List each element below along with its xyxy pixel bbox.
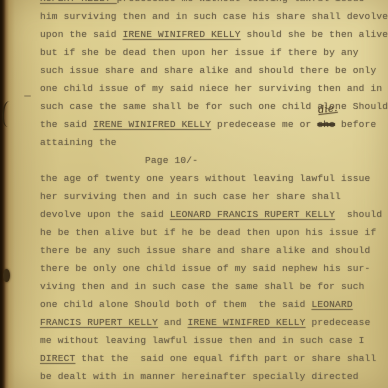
text-line: upon the said IRENE WINIFRED KELLY shoul… [40,26,384,44]
typed-text: there be only one child issue of my said… [40,263,370,274]
text-line: him surviving then and in such case his … [40,8,384,26]
text-line: but if she be dead then upon her issue i… [40,44,384,62]
typed-text: the said [40,119,93,130]
typed-text: her surviving then and in such case her … [40,191,341,202]
typed-name: DIRECT [40,353,75,364]
typed-text: me without leaving lawful issue then and… [40,335,365,346]
typed-text: she [317,119,335,130]
text-line: there be any such issue share and share … [40,242,384,260]
typed-text: him surviving then and in such case his … [40,11,388,22]
typed-name: IRENE WINIFRED KELLY [123,29,241,40]
document-text: RUPERT KELLY predecease me without leavi… [40,0,384,386]
typed-text: he be then alive but if he be dead then … [40,227,376,238]
text-line: be dealt with in manner hereinafter spec… [40,368,384,386]
text-line: one child issue of my said niece her sur… [40,80,384,98]
binding-edge [0,0,15,388]
typed-text: one child alone Should both of them the … [40,299,311,310]
typed-text: there be any such issue share and share … [40,245,370,256]
text-line: Page 10/- [40,152,384,170]
document-page: RUPERT KELLY predecease me without leavi… [0,0,388,388]
typed-text: viving then and in such case the same sh… [40,281,365,292]
typed-text: that the said one equal fifth part or sh… [75,353,376,364]
text-line: there be only one child issue of my said… [40,260,384,278]
text-line: DIRECT that the said one equal fifth par… [40,350,384,368]
typed-text: one child issue of my said niece her sur… [40,83,382,94]
ink-smudge [24,95,31,97]
typed-name: LEONARD FRANCIS RUPERT KELLY [170,209,335,220]
text-line: RUPERT KELLY predecease me without leavi… [40,0,384,8]
text-line: attaining the [40,134,384,152]
typed-text: devolve upon the said [40,209,170,220]
typed-text: predecease me or [211,119,317,130]
text-line: the age of twenty one years without leav… [40,170,384,188]
struck-out-word: shedie. [317,116,335,134]
typed-text: and [158,317,188,328]
typed-name: RUPERT KELLY [40,0,117,4]
typed-text: should she be then alive [241,29,388,40]
typed-name: IRENE WINIFRED KELLY [93,119,211,130]
text-line: viving then and in such case the same sh… [40,278,384,296]
typed-text: such issue share and share alike and sho… [40,65,376,76]
typed-name: FRANCIS RUPERT KELLY [40,317,158,328]
text-line: he be then alive but if he be dead then … [40,224,384,242]
text-line: the said IRENE WINIFRED KELLY predecease… [40,116,384,134]
edge-hole [3,269,10,282]
typed-name: IRENE WINIFRED KELLY [188,317,306,328]
text-line: devolve upon the said LEONARD FRANCIS RU… [40,206,384,224]
typed-text: predecease me without leaving lawful iss… [117,0,365,4]
text-line: her surviving then and in such case her … [40,188,384,206]
typed-text: but if she be dead then upon her issue i… [40,47,359,58]
typed-name: LEONARD [311,299,352,310]
pen-mark [1,101,14,128]
typed-text: Page 10/- [145,155,198,166]
text-line: such issue share and share alike and sho… [40,62,384,80]
typed-text: predecease [306,317,371,328]
typed-text: before [335,119,376,130]
text-line: one child alone Should both of them the … [40,296,384,314]
typed-text: the age of twenty one years without leav… [40,173,370,184]
typed-text: be dealt with in manner hereinafter spec… [40,371,359,382]
typed-text: attaining the [40,137,117,148]
typed-text: should [335,209,382,220]
text-line: FRANCIS RUPERT KELLY and IRENE WINIFRED … [40,314,384,332]
typed-text: upon the said [40,29,123,40]
text-line: me without leaving lawful issue then and… [40,332,384,350]
